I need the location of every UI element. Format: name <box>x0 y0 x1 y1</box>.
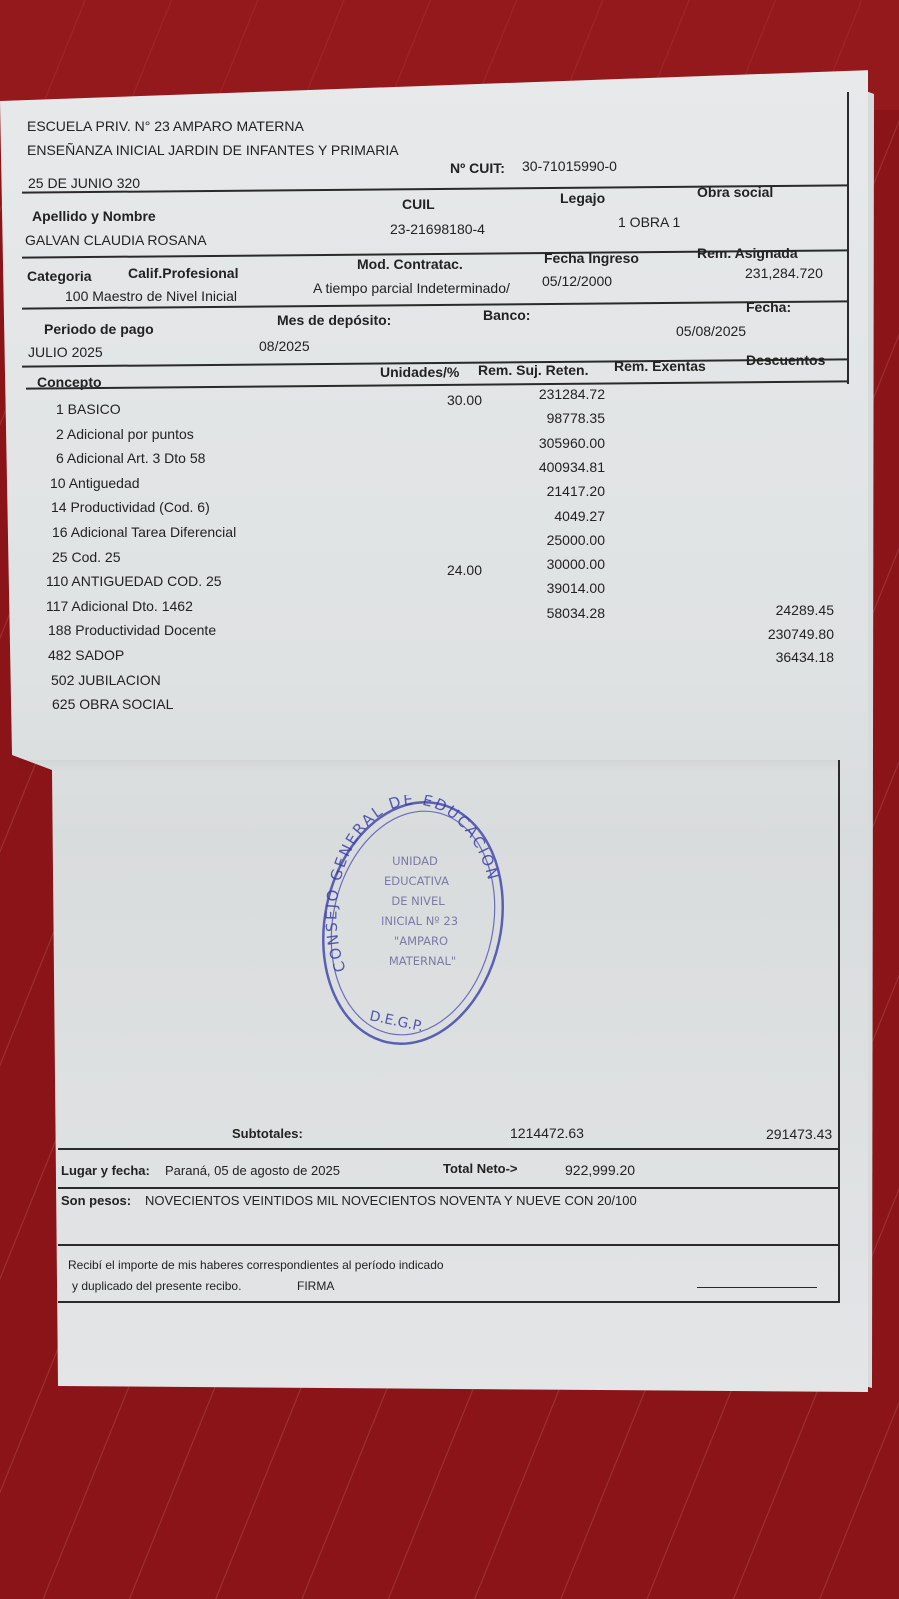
categoria-label: Categoria <box>27 268 92 284</box>
periodo-label: Periodo de pago <box>44 321 154 337</box>
col-unidades: Unidades/% <box>380 364 459 380</box>
divider <box>58 1244 840 1246</box>
subtotal-desc: 291473.43 <box>766 1126 832 1142</box>
row-concepto: 10 Antiguedad <box>50 475 140 491</box>
col-rem-exentas: Rem. Exentas <box>614 358 706 374</box>
row-rem-suj: 4049.27 <box>495 508 605 524</box>
row-rem-suj: 30000.00 <box>495 556 605 572</box>
row-rem-suj: 305960.00 <box>495 435 605 451</box>
svg-text:UNIDAD: UNIDAD <box>392 854 438 868</box>
right-border <box>838 760 840 1302</box>
right-border <box>847 92 849 384</box>
row-descuentos: 230749.80 <box>724 626 834 642</box>
employer-address: 25 DE JUNIO 320 <box>28 175 140 191</box>
ingreso-value: 05/12/2000 <box>542 273 612 289</box>
pesos-label: Son pesos: <box>61 1193 131 1208</box>
obra-social-label: Obra social <box>697 184 773 200</box>
row-rem-suj: 21417.20 <box>495 483 605 499</box>
row-concepto: 2 Adicional por puntos <box>56 426 194 442</box>
mod-value: A tiempo parcial Indeterminado/ <box>313 280 510 296</box>
receipt-line1: Recibí el importe de mis haberes corresp… <box>68 1258 444 1272</box>
row-unidades: 24.00 <box>372 562 482 578</box>
svg-text:"AMPARO: "AMPARO <box>394 934 448 948</box>
divider <box>58 1301 840 1303</box>
row-concepto: 502 JUBILACION <box>51 672 161 688</box>
legajo-label: Legajo <box>560 190 605 206</box>
row-concepto: 14 Productividad (Cod. 6) <box>51 499 210 515</box>
row-concepto: 188 Productividad Docente <box>48 622 216 638</box>
firma-label: FIRMA <box>297 1279 334 1293</box>
row-concepto: 25 Cod. 25 <box>52 549 121 565</box>
pesos-value: NOVECIENTOS VEINTIDOS MIL NOVECIENTOS NO… <box>145 1193 637 1208</box>
periodo-value: JULIO 2025 <box>28 344 103 360</box>
ingreso-label: Fecha Ingreso <box>544 250 639 266</box>
name-label: Apellido y Nombre <box>32 208 156 224</box>
row-rem-suj: 25000.00 <box>495 532 605 548</box>
legajo-value: 1 OBRA 1 <box>618 214 680 230</box>
row-rem-suj: 58034.28 <box>495 605 605 621</box>
cuit-label: Nº CUIT: <box>450 160 505 176</box>
divider <box>58 1187 840 1189</box>
cuil-label: CUIL <box>402 196 435 212</box>
svg-text:INICIAL Nº 23: INICIAL Nº 23 <box>381 914 458 928</box>
lugar-value: Paraná, 05 de agosto de 2025 <box>165 1163 340 1178</box>
banco-label: Banco: <box>483 307 530 323</box>
svg-text:MATERNAL": MATERNAL" <box>389 954 456 968</box>
row-concepto: 16 Adicional Tarea Diferencial <box>52 524 236 540</box>
mes-value: 08/2025 <box>259 338 310 354</box>
subtotal-suj: 1214472.63 <box>510 1125 584 1141</box>
school-stamp: CONSEJO GENERAL DE EDUCACION D.E.G.P. UN… <box>318 795 508 1050</box>
neto-value: 922,999.20 <box>565 1162 635 1178</box>
row-concepto: 1 BASICO <box>56 401 121 417</box>
row-concepto: 117 Adicional Dto. 1462 <box>46 598 193 614</box>
subtotales-label: Subtotales: <box>232 1126 303 1141</box>
paper-fold <box>18 760 838 772</box>
row-rem-suj: 39014.00 <box>495 580 605 596</box>
row-concepto: 6 Adicional Art. 3 Dto 58 <box>56 450 205 466</box>
row-descuentos: 36434.18 <box>724 649 834 665</box>
calif-label: Calif.Profesional <box>128 265 238 281</box>
fecha-value: 05/08/2025 <box>676 323 746 339</box>
neto-label: Total Neto-> <box>443 1161 518 1176</box>
calif-value: 100 Maestro de Nivel Inicial <box>65 288 237 304</box>
col-descuentos: Descuentos <box>746 352 825 368</box>
cuit-value: 30-71015990-0 <box>522 158 617 174</box>
employer-name: ESCUELA PRIV. N° 23 AMPARO MATERNA <box>27 118 304 134</box>
lugar-label: Lugar y fecha: <box>61 1163 150 1178</box>
row-rem-suj: 98778.35 <box>495 410 605 426</box>
divider <box>58 1148 840 1150</box>
row-descuentos: 24289.45 <box>724 602 834 618</box>
svg-text:EDUCATIVA: EDUCATIVA <box>384 874 449 888</box>
rem-value: 231,284.720 <box>745 265 823 281</box>
cuil-value: 23-21698180-4 <box>390 221 485 237</box>
mod-label: Mod. Contratac. <box>357 256 463 272</box>
rem-label: Rem. Asignada <box>697 245 798 261</box>
row-concepto: 625 OBRA SOCIAL <box>52 696 173 712</box>
employer-line2: ENSEÑANZA INICIAL JARDIN DE INFANTES Y P… <box>27 142 399 158</box>
svg-text:DE NIVEL: DE NIVEL <box>391 894 445 908</box>
mes-label: Mes de depósito: <box>277 312 391 328</box>
row-concepto: 482 SADOP <box>48 647 124 663</box>
row-concepto: 110 ANTIGUEDAD COD. 25 <box>46 573 222 589</box>
row-unidades: 30.00 <box>372 392 482 408</box>
svg-text:D.E.G.P.: D.E.G.P. <box>368 1008 425 1035</box>
receipt-line2: y duplicado del presente recibo. <box>72 1279 241 1293</box>
employee-name: GALVAN CLAUDIA ROSANA <box>25 232 207 248</box>
fecha-label: Fecha: <box>746 299 791 315</box>
row-rem-suj: 400934.81 <box>495 459 605 475</box>
col-rem-suj: Rem. Suj. Reten. <box>478 362 588 378</box>
signature-line[interactable] <box>697 1287 817 1288</box>
row-rem-suj: 231284.72 <box>495 386 605 402</box>
